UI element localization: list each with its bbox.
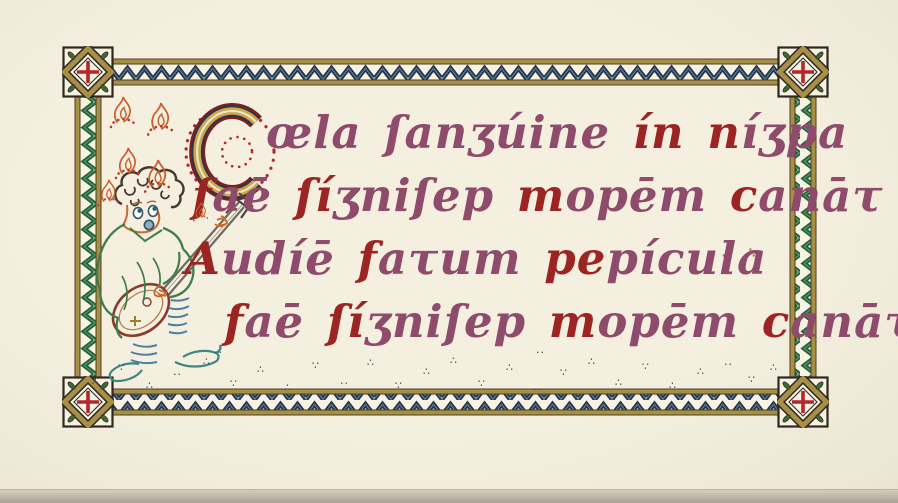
dot-cluster: ∴ [367, 357, 375, 368]
text-segment: œla ſanʒúine [266, 106, 633, 159]
text-segment: f [358, 232, 378, 285]
bard-eye-left [133, 208, 142, 219]
dot-cluster: ∴ [423, 366, 431, 377]
bard-eye-right [148, 206, 157, 217]
text-segment: aē [212, 169, 294, 222]
text-segment: f [224, 295, 244, 348]
dot-cluster: .. [340, 375, 349, 386]
text-segment: A [185, 232, 221, 285]
dot-cluster: ∴ [203, 356, 211, 367]
bard-face [123, 201, 159, 232]
corner-cross-bottom-right [779, 378, 828, 427]
dot-cluster: ∵ [748, 374, 756, 385]
dot-cluster: ∴ [770, 362, 778, 373]
flame-icon [145, 102, 177, 140]
dot-cluster: .. [724, 356, 733, 367]
dot-cluster: .. [536, 344, 545, 355]
dot-cluster: ∴ [506, 362, 514, 373]
dot-cluster: ∴ [588, 356, 596, 367]
manuscript-page: ∴ ∴ œla ſanʒúine ín níʒpafaē ſíʒniſep mo… [0, 0, 898, 503]
text-segment: ín n [633, 106, 741, 159]
dot-cluster: ∵ [642, 361, 650, 372]
dot-cluster: ∴ [615, 377, 623, 388]
text-segment: aτum [378, 232, 544, 285]
dot-cluster: ∵ [478, 378, 486, 389]
scan-edge-shadow [0, 489, 898, 503]
text-segment: íʒpa [741, 106, 848, 159]
text-segment: m [549, 295, 598, 348]
text-segment: anāτ [790, 295, 898, 348]
script-line-1: œla ſanʒúine ín níʒpa [266, 110, 848, 155]
dot-cluster: ∵ [118, 362, 126, 373]
text-segment: pícula [606, 232, 767, 285]
text-segment: ſí [327, 295, 365, 348]
dot-cluster: ∴ [146, 380, 154, 391]
script-line-3: Audíē faτum pepícula [185, 236, 767, 281]
flame-icon [113, 147, 143, 183]
text-segment: anāτ [758, 169, 883, 222]
text-segment: opēm [565, 169, 729, 222]
dot-cluster: .. [214, 344, 223, 355]
text-segment: m [517, 169, 566, 222]
dot-cluster: .. [173, 366, 182, 377]
text-segment: ʒniſep [365, 295, 549, 348]
flame-icon [142, 159, 174, 197]
dot-cluster: ∵ [395, 380, 403, 391]
text-segment: ʒniſep [333, 169, 517, 222]
text-segment: ſí [295, 169, 333, 222]
text-segment: aē [244, 295, 326, 348]
dot-cluster: ∴ [257, 364, 265, 375]
script-line-4: faē ſíʒniſep mopēm canāτ [224, 299, 898, 344]
corner-cross-top-left [64, 48, 113, 97]
dot-cluster: ∴ [669, 380, 677, 391]
flame-icon [96, 179, 122, 210]
text-segment: udíē [221, 232, 358, 285]
script-line-2: faē ſíʒniſep mopēm canāτ [192, 173, 884, 218]
dot-cluster: ∵ [312, 360, 320, 371]
border-band-top [88, 59, 803, 85]
dot-cluster: ∴ [697, 366, 705, 377]
dot-cluster: ∴ [92, 376, 100, 387]
text-segment: c [730, 169, 758, 222]
text-segment: c [762, 295, 790, 348]
dot-cluster: ∴ [284, 382, 292, 393]
bard-singing-mouth [144, 220, 153, 229]
flame-icon [192, 202, 210, 224]
dot-cluster: ∵ [560, 367, 568, 378]
corner-cross-top-right [779, 48, 828, 97]
dot-cluster: .. [533, 381, 542, 392]
text-segment: pe [544, 232, 606, 285]
text-segment: opēm [597, 295, 761, 348]
dot-cluster: ∴ [450, 355, 458, 366]
dot-cluster: ∵ [230, 378, 238, 389]
flame-icon [108, 96, 138, 132]
